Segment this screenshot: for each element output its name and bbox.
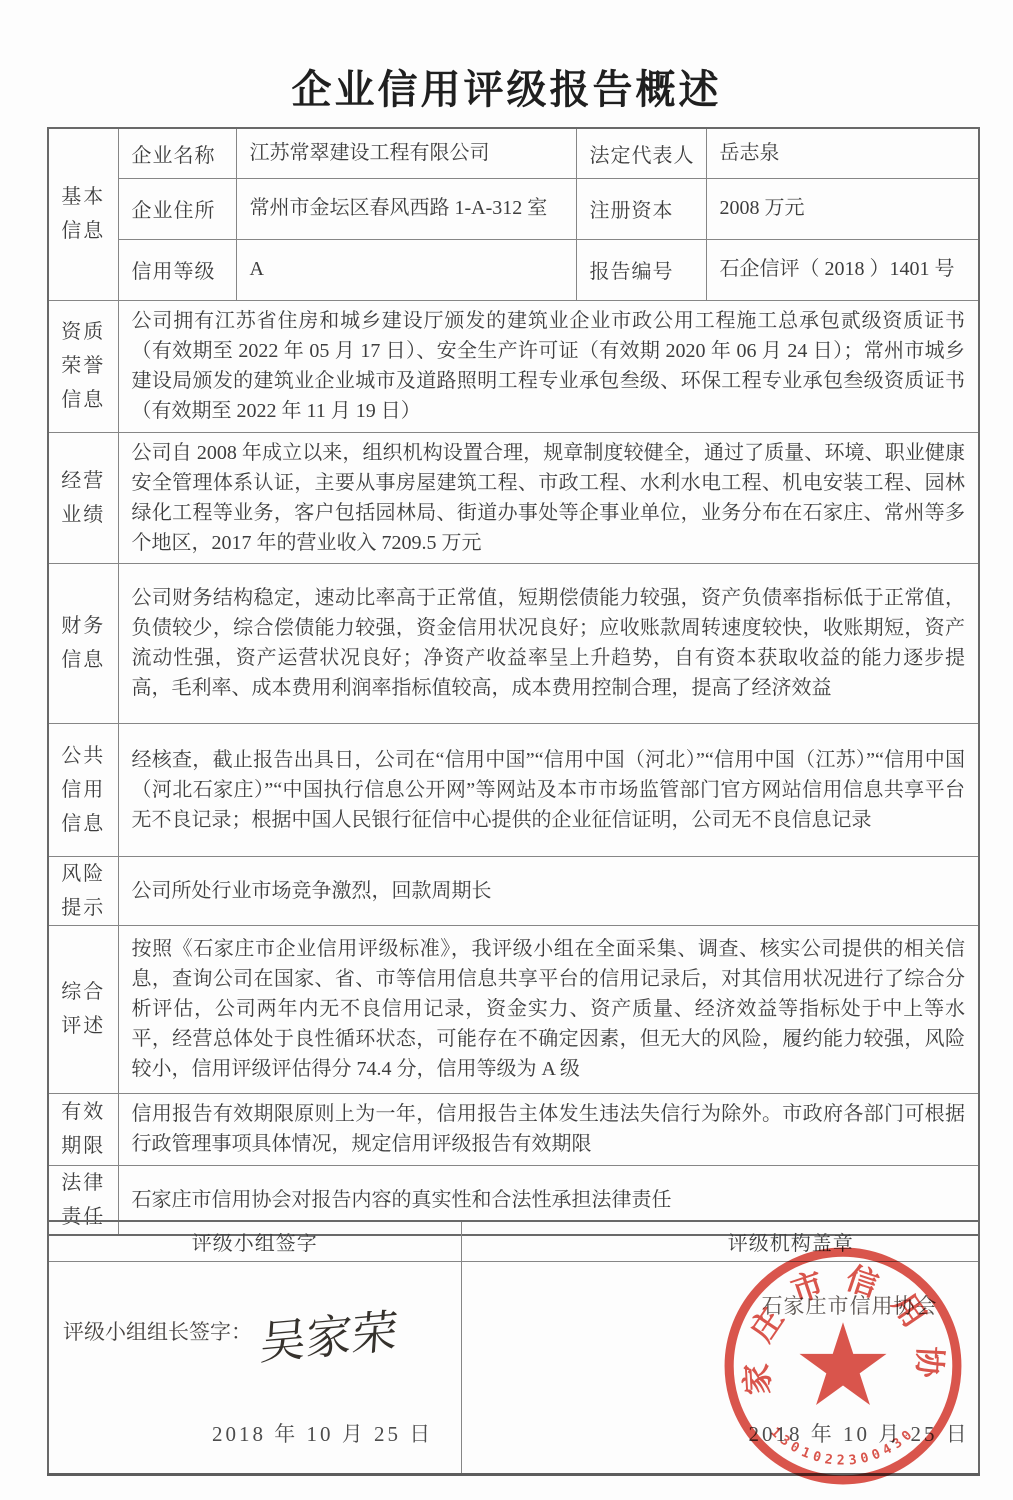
section-label-validity-period: 有效期限 [48, 1093, 118, 1165]
team-leader-signature-line: 评级小组组长签字：吴家荣 [63, 1300, 398, 1346]
section-label-public-credit: 公共信用信息 [48, 723, 118, 856]
section-content-risk-warning: 公司所处行业市场竞争激烈，回款周期长 [118, 856, 979, 925]
field-label-legal-representative: 法定代表人 [576, 128, 706, 178]
table-row: 公共信用信息 经核查，截止报告出具日，公司在“信用中国”“信用中国（河北）”“信… [48, 723, 979, 856]
section-label-risk-warning: 风险提示 [48, 856, 118, 925]
table-row: 风险提示 公司所处行业市场竞争激烈，回款周期长 [48, 856, 979, 925]
field-value-registered-capital: 2008 万元 [706, 178, 979, 239]
field-value-legal-representative: 岳志泉 [706, 128, 979, 178]
section-content-overall-review: 按照《石家庄市企业信用评级标准》，我评级小组在全面采集、调查、核实公司提供的相关… [118, 925, 979, 1093]
signature-table: 评级小组签字 评级机构盖章 评级小组组长签字：吴家荣 2018 年 10 月 2… [47, 1220, 980, 1476]
field-value-company-name: 江苏常翠建设工程有限公司 [236, 128, 576, 178]
seal-cell: 石家庄市信用协会 2018 年 10 月 25 日 [461, 1261, 979, 1474]
field-label-company-address: 企业住所 [118, 178, 236, 239]
section-content-validity-period: 信用报告有效期限原则上为一年，信用报告主体发生违法失信行为除外。市政府各部门可根… [118, 1093, 979, 1165]
section-label-overall-review: 综合评述 [48, 925, 118, 1093]
field-label-company-name: 企业名称 [118, 128, 236, 178]
section-content-public-credit: 经核查，截止报告出具日，公司在“信用中国”“信用中国（河北）”“信用中国（江苏）… [118, 723, 979, 856]
section-label-qualification: 资质荣誉信息 [48, 300, 118, 432]
field-label-report-number: 报告编号 [576, 239, 706, 300]
report-title: 企业信用评级报告概述 [0, 58, 1013, 115]
section-content-qualification: 公司拥有江苏省住房和城乡建设厅颁发的建筑业企业市政公用工程施工总承包贰级资质证书… [118, 300, 979, 432]
section-label-business-performance: 经营业绩 [48, 432, 118, 563]
field-label-registered-capital: 注册资本 [576, 178, 706, 239]
signature-cell: 评级小组组长签字：吴家荣 2018 年 10 月 25 日 [48, 1261, 461, 1474]
section-content-financial-info: 公司财务结构稳定，速动比率高于正常值，短期偿债能力较强，资产负债率指标低于正常值… [118, 563, 979, 723]
agency-seal-header: 评级机构盖章 [461, 1221, 979, 1261]
table-row: 财务信息 公司财务结构稳定，速动比率高于正常值，短期偿债能力较强，资产负债率指标… [48, 563, 979, 723]
field-value-credit-rating: A [236, 239, 576, 300]
section-label-text: 基本信息 [59, 180, 107, 248]
document-page: 企业信用评级报告概述 基本信息 企业名称 江苏常翠建设工程有限公司 法定代表人 … [0, 0, 1013, 1500]
team-leader-signature-label: 评级小组组长签字： [63, 1320, 252, 1344]
report-table: 基本信息 企业名称 江苏常翠建设工程有限公司 法定代表人 岳志泉 企业住所 常州… [47, 127, 980, 1236]
team-leader-signature: 吴家荣 [259, 1307, 400, 1365]
field-value-report-number: 石企信评（ 2018 ）1401 号 [706, 239, 979, 300]
field-value-company-address: 常州市金坛区春风西路 1-A-312 室 [236, 178, 576, 239]
table-row: 综合评述 按照《石家庄市企业信用评级标准》，我评级小组在全面采集、调查、核实公司… [48, 925, 979, 1093]
signature-date: 2018 年 10 月 25 日 [212, 1418, 433, 1448]
section-label-financial-info: 财务信息 [48, 563, 118, 723]
agency-name-text: 石家庄市信用协会 [762, 1290, 938, 1320]
signature-team-header: 评级小组签字 [48, 1221, 461, 1261]
table-row: 有效期限 信用报告有效期限原则上为一年，信用报告主体发生违法失信行为除外。市政府… [48, 1093, 979, 1165]
seal-date: 2018 年 10 月 25 日 [749, 1418, 970, 1448]
field-label-credit-rating: 信用等级 [118, 239, 236, 300]
table-row: 资质荣誉信息 公司拥有江苏省住房和城乡建设厅颁发的建筑业企业市政公用工程施工总承… [48, 300, 979, 432]
section-content-business-performance: 公司自 2008 年成立以来，组织机构设置合理，规章制度较健全，通过了质量、环境… [118, 432, 979, 563]
section-label-basic-info: 基本信息 [48, 128, 118, 300]
table-row: 经营业绩 公司自 2008 年成立以来，组织机构设置合理，规章制度较健全，通过了… [48, 432, 979, 563]
